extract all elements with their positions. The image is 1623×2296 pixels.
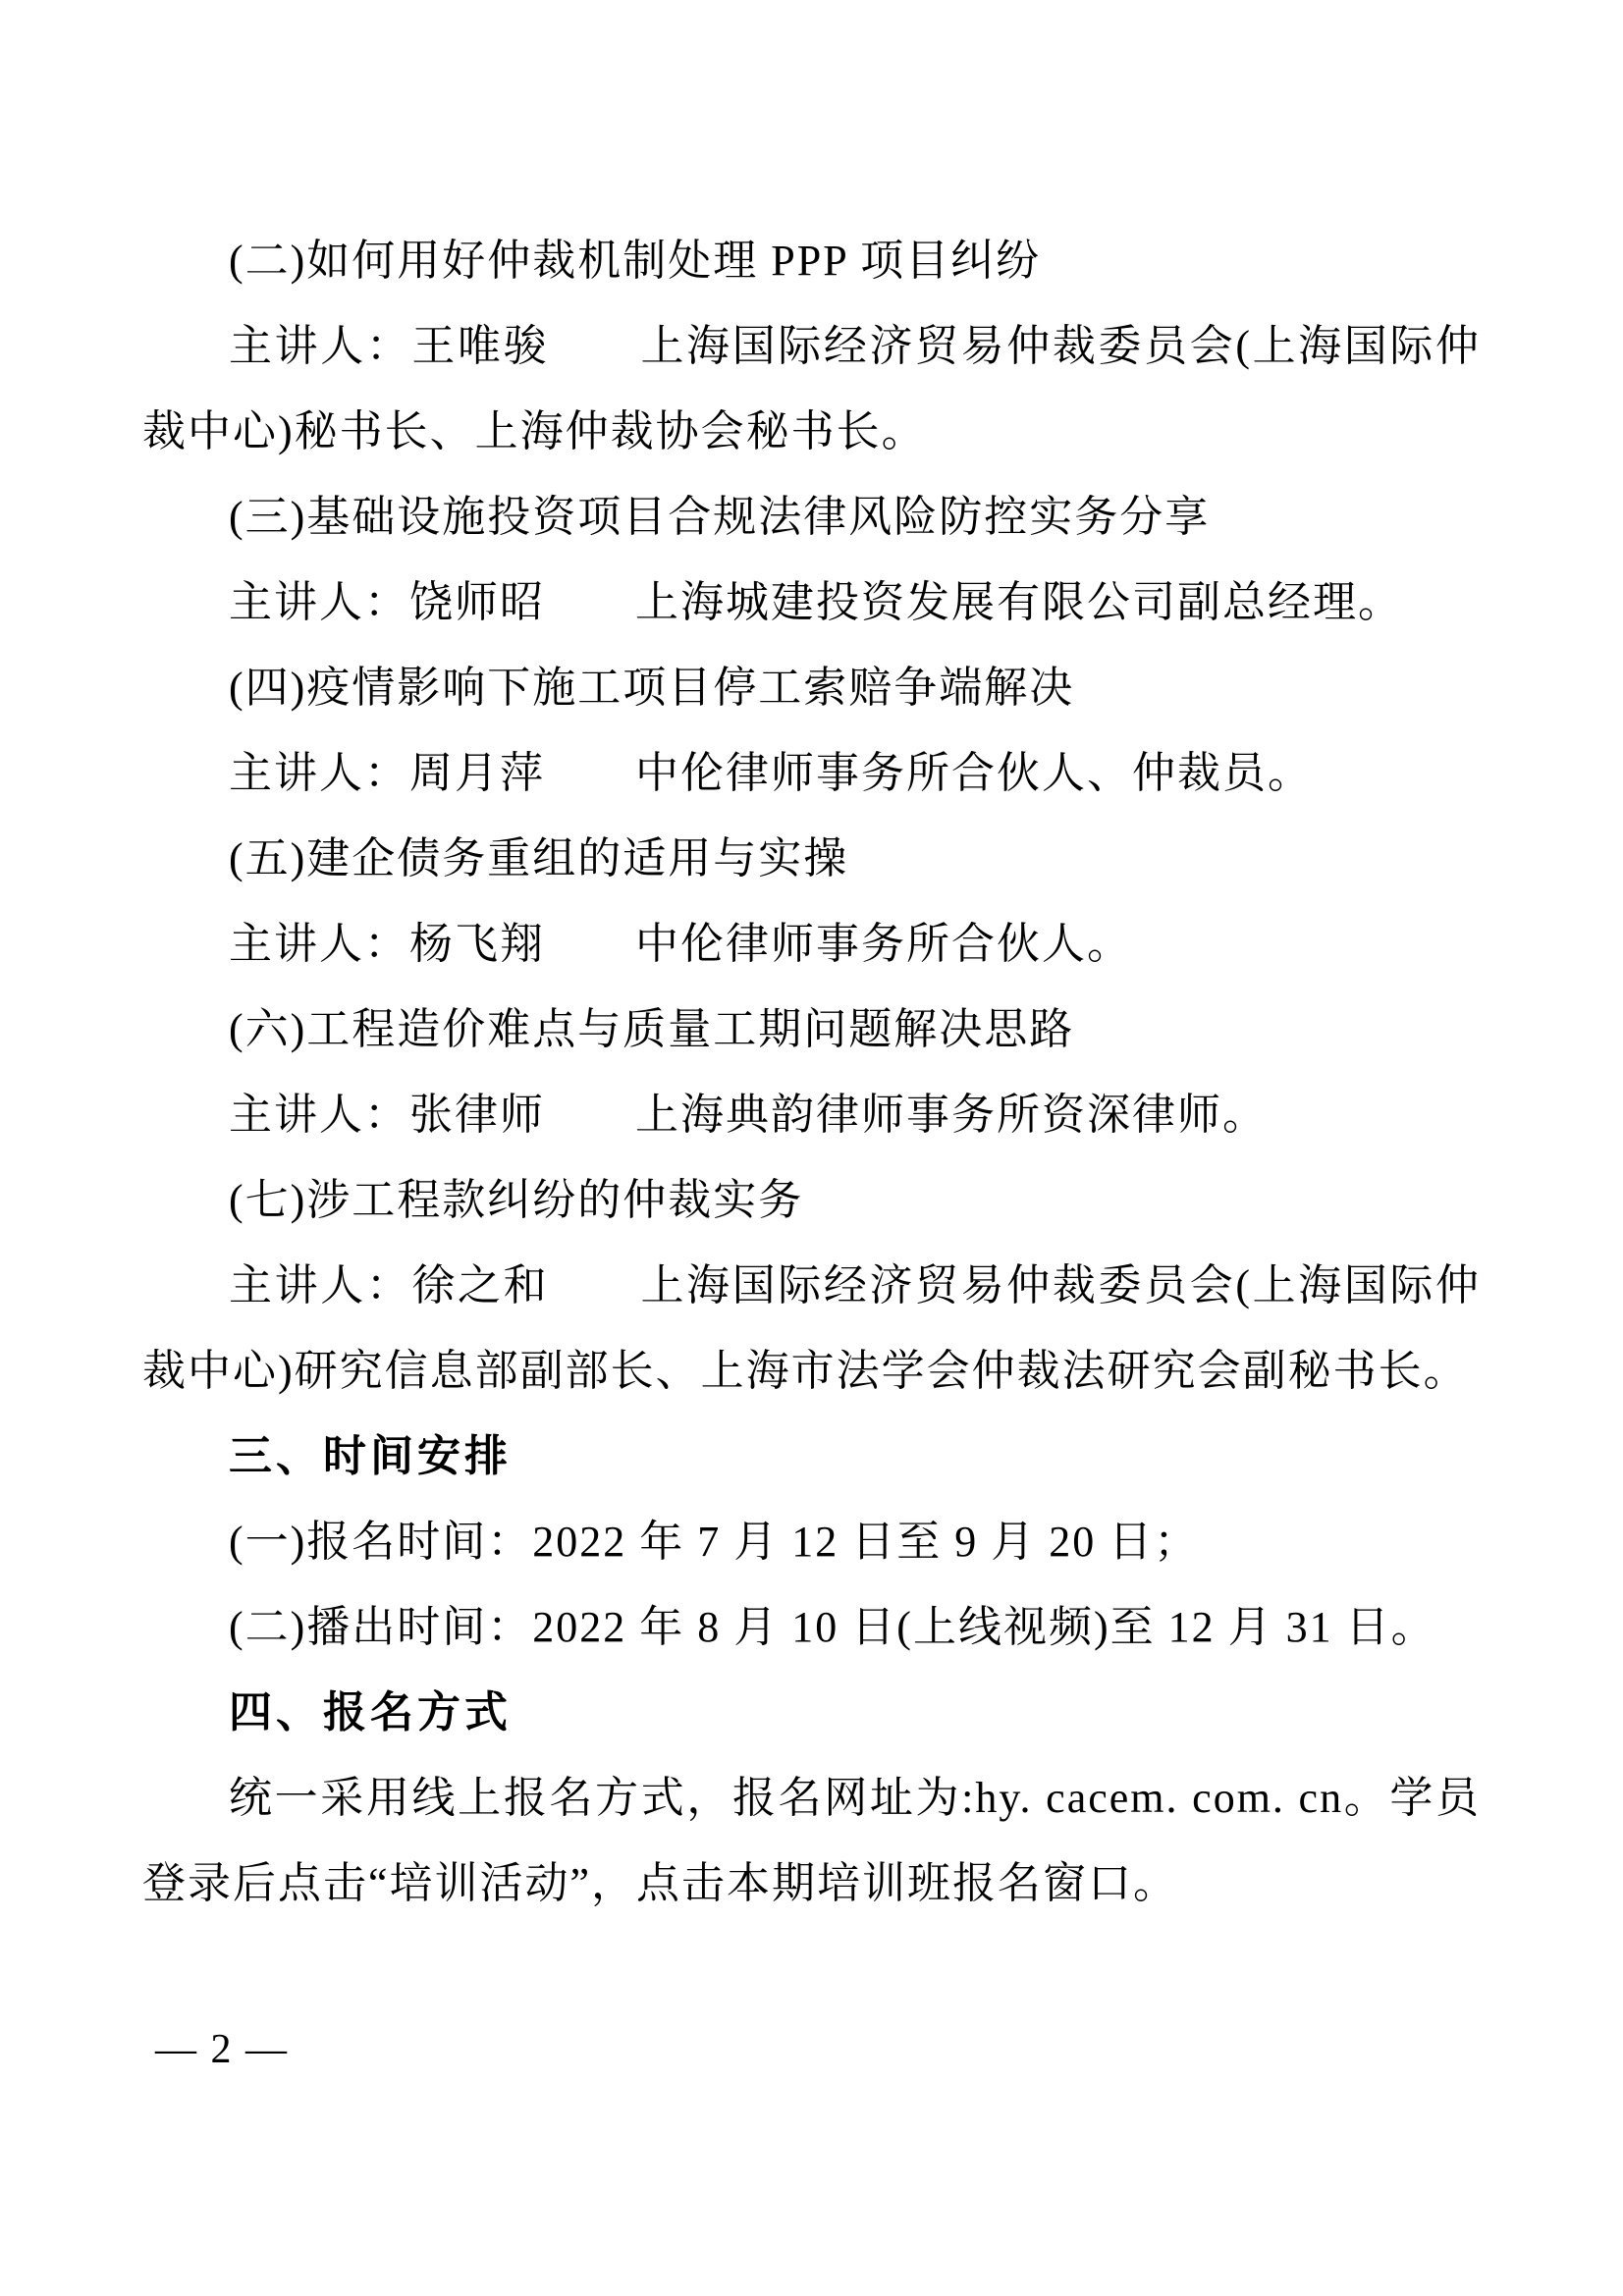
paragraph: 主讲人：杨飞翔 中伦律师事务所合伙人。 [142, 901, 1481, 987]
page-number: — 2 — [155, 2024, 289, 2075]
paragraph: (六)工程造价难点与质量工期问题解决思路 [142, 987, 1481, 1072]
paragraph: (二)播出时间：2022 年 8 月 10 日(上线视频)至 12 月 31 日… [142, 1584, 1481, 1670]
paragraph: 主讲人：饶师昭 上海城建投资发展有限公司副总经理。 [142, 560, 1481, 645]
section-heading: 三、时间安排 [142, 1414, 1481, 1499]
paragraph: (二)如何用好仲裁机制处理 PPP 项目纠纷 [142, 218, 1481, 303]
document-page: (二)如何用好仲裁机制处理 PPP 项目纠纷主讲人：王唯骏 上海国际经济贸易仲裁… [0, 0, 1623, 2296]
paragraph: 统一采用线上报名方式，报名网址为:hy. cacem. com. cn。学员登录… [142, 1755, 1481, 1926]
paragraph: (一)报名时间：2022 年 7 月 12 日至 9 月 20 日； [142, 1499, 1481, 1584]
paragraph: (五)建企债务重组的适用与实操 [142, 816, 1481, 901]
paragraph: (七)涉工程款纠纷的仲裁实务 [142, 1157, 1481, 1243]
paragraph: (三)基础设施投资项目合规法律风险防控实务分享 [142, 474, 1481, 560]
paragraph: 主讲人：徐之和 上海国际经济贸易仲裁委员会(上海国际仲裁中心)研究信息部副部长、… [142, 1243, 1481, 1414]
paragraph: 主讲人：张律师 上海典韵律师事务所资深律师。 [142, 1072, 1481, 1157]
document-body: (二)如何用好仲裁机制处理 PPP 项目纠纷主讲人：王唯骏 上海国际经济贸易仲裁… [142, 218, 1481, 1926]
paragraph: 主讲人：周月萍 中伦律师事务所合伙人、仲裁员。 [142, 730, 1481, 816]
paragraph: (四)疫情影响下施工项目停工索赔争端解决 [142, 645, 1481, 730]
paragraph: 主讲人：王唯骏 上海国际经济贸易仲裁委员会(上海国际仲裁中心)秘书长、上海仲裁协… [142, 303, 1481, 474]
section-heading: 四、报名方式 [142, 1670, 1481, 1755]
